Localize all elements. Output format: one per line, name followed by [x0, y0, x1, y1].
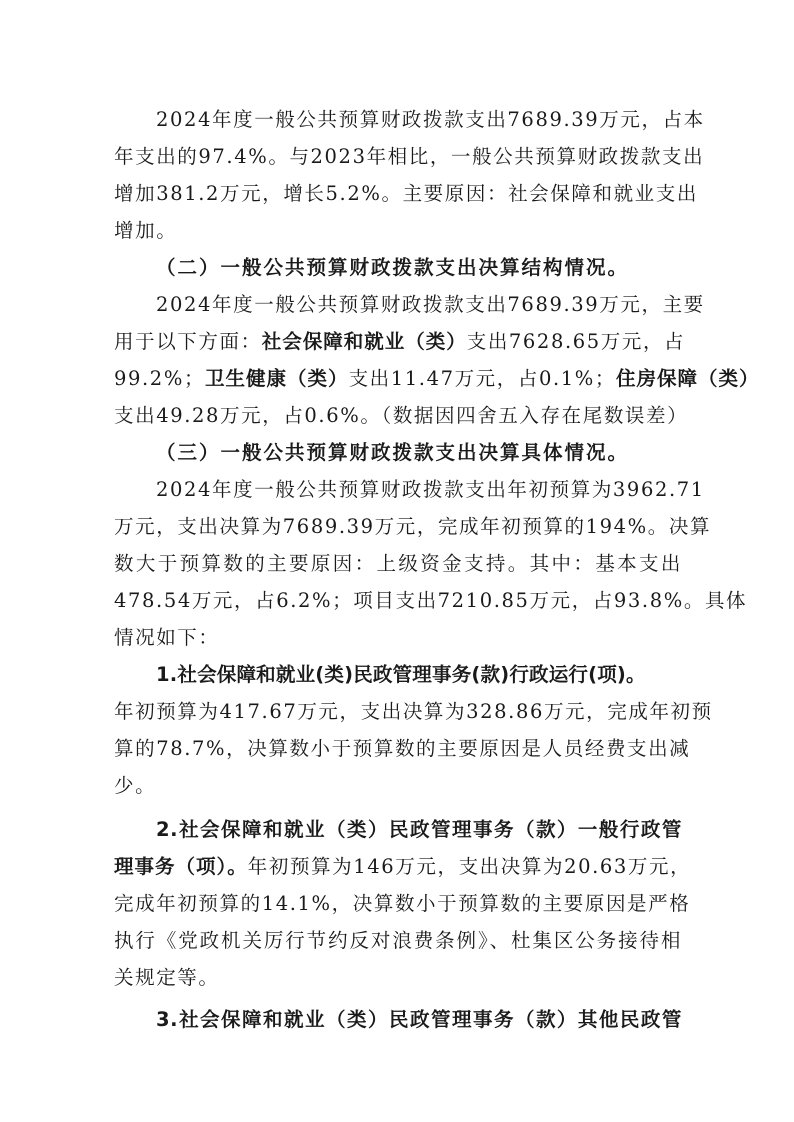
document-page: 2024年度一般公共预算财政拨款支出7689.39万元，占本 年支出的97.4%…: [0, 0, 794, 1122]
text-run: 用于以下方面：: [114, 330, 262, 353]
paragraph-line: 完成年初预算的14.1%，决算数小于预算数的主要原因是严格: [114, 889, 682, 919]
item-heading-2: 2.社会保障和就业（类）民政管理事务（款）一般行政管: [156, 815, 682, 845]
paragraph-line: 增加381.2万元，增长5.2%。主要原因：社会保障和就业支出: [114, 179, 682, 209]
paragraph-line: 2024年度一般公共预算财政拨款支出年初预算为3962.71: [156, 475, 682, 505]
paragraph-line: 99.2%；卫生健康（类）支出11.47万元，占0.1%；住房保障（类）: [114, 364, 682, 394]
paragraph-line: 2024年度一般公共预算财政拨款支出7689.39万元，主要: [156, 290, 682, 320]
paragraph-line: 年支出的97.4%。与2023年相比，一般公共预算财政拨款支出: [114, 142, 682, 172]
category-health: 卫生健康（类）: [205, 367, 349, 390]
paragraph-line: 关规定等。: [114, 963, 682, 993]
paragraph-line: 算的78.7%，决算数小于预算数的主要原因是人员经费支出减: [114, 734, 682, 764]
paragraph-line: 情况如下：: [114, 623, 682, 653]
category-housing: 住房保障（类）: [616, 367, 760, 390]
paragraph-line: 万元，支出决算为7689.39万元，完成年初预算的194%。决算: [114, 512, 682, 542]
paragraph-line: 支出49.28万元，占0.6%。（数据因四舍五入存在尾数误差）: [114, 401, 682, 431]
paragraph-line: 478.54万元，占6.2%；项目支出7210.85万元，占93.8%。具体: [114, 586, 682, 616]
text-run: 支出11.47万元，占0.1%；: [349, 367, 616, 390]
text-run: 支出7628.65万元，占: [467, 330, 685, 353]
paragraph-line: 年初预算为417.67万元，支出决算为328.86万元，完成年初预: [114, 697, 682, 727]
paragraph-line: 数大于预算数的主要原因：上级资金支持。其中：基本支出: [114, 549, 682, 579]
text-run: 99.2%；: [114, 367, 205, 390]
paragraph-line: 2024年度一般公共预算财政拨款支出7689.39万元，占本: [156, 105, 682, 135]
item-heading-1: 1.社会保障和就业(类)民政管理事务(款)行政运行(项)。: [156, 660, 682, 690]
item-heading-3: 3.社会保障和就业（类）民政管理事务（款）其他民政管: [156, 1005, 682, 1035]
category-social-security: 社会保障和就业（类）: [262, 330, 467, 353]
paragraph-line: 用于以下方面：社会保障和就业（类）支出7628.65万元，占: [114, 327, 682, 357]
paragraph-line: 增加。: [114, 216, 682, 246]
section-heading-2: （二）一般公共预算财政拨款支出决算结构情况。: [156, 253, 682, 283]
text-run: 年初预算为146万元，支出决算为20.63万元，: [248, 855, 691, 878]
paragraph-line: 理事务（项）。年初预算为146万元，支出决算为20.63万元，: [114, 852, 682, 882]
paragraph-line: 执行《党政机关厉行节约反对浪费条例》、杜集区公务接待相: [114, 926, 682, 956]
section-heading-3: （三）一般公共预算财政拨款支出决算具体情况。: [156, 438, 682, 468]
item-heading-2-cont: 理事务（项）。: [114, 855, 248, 878]
paragraph-line: 少。: [114, 771, 682, 801]
